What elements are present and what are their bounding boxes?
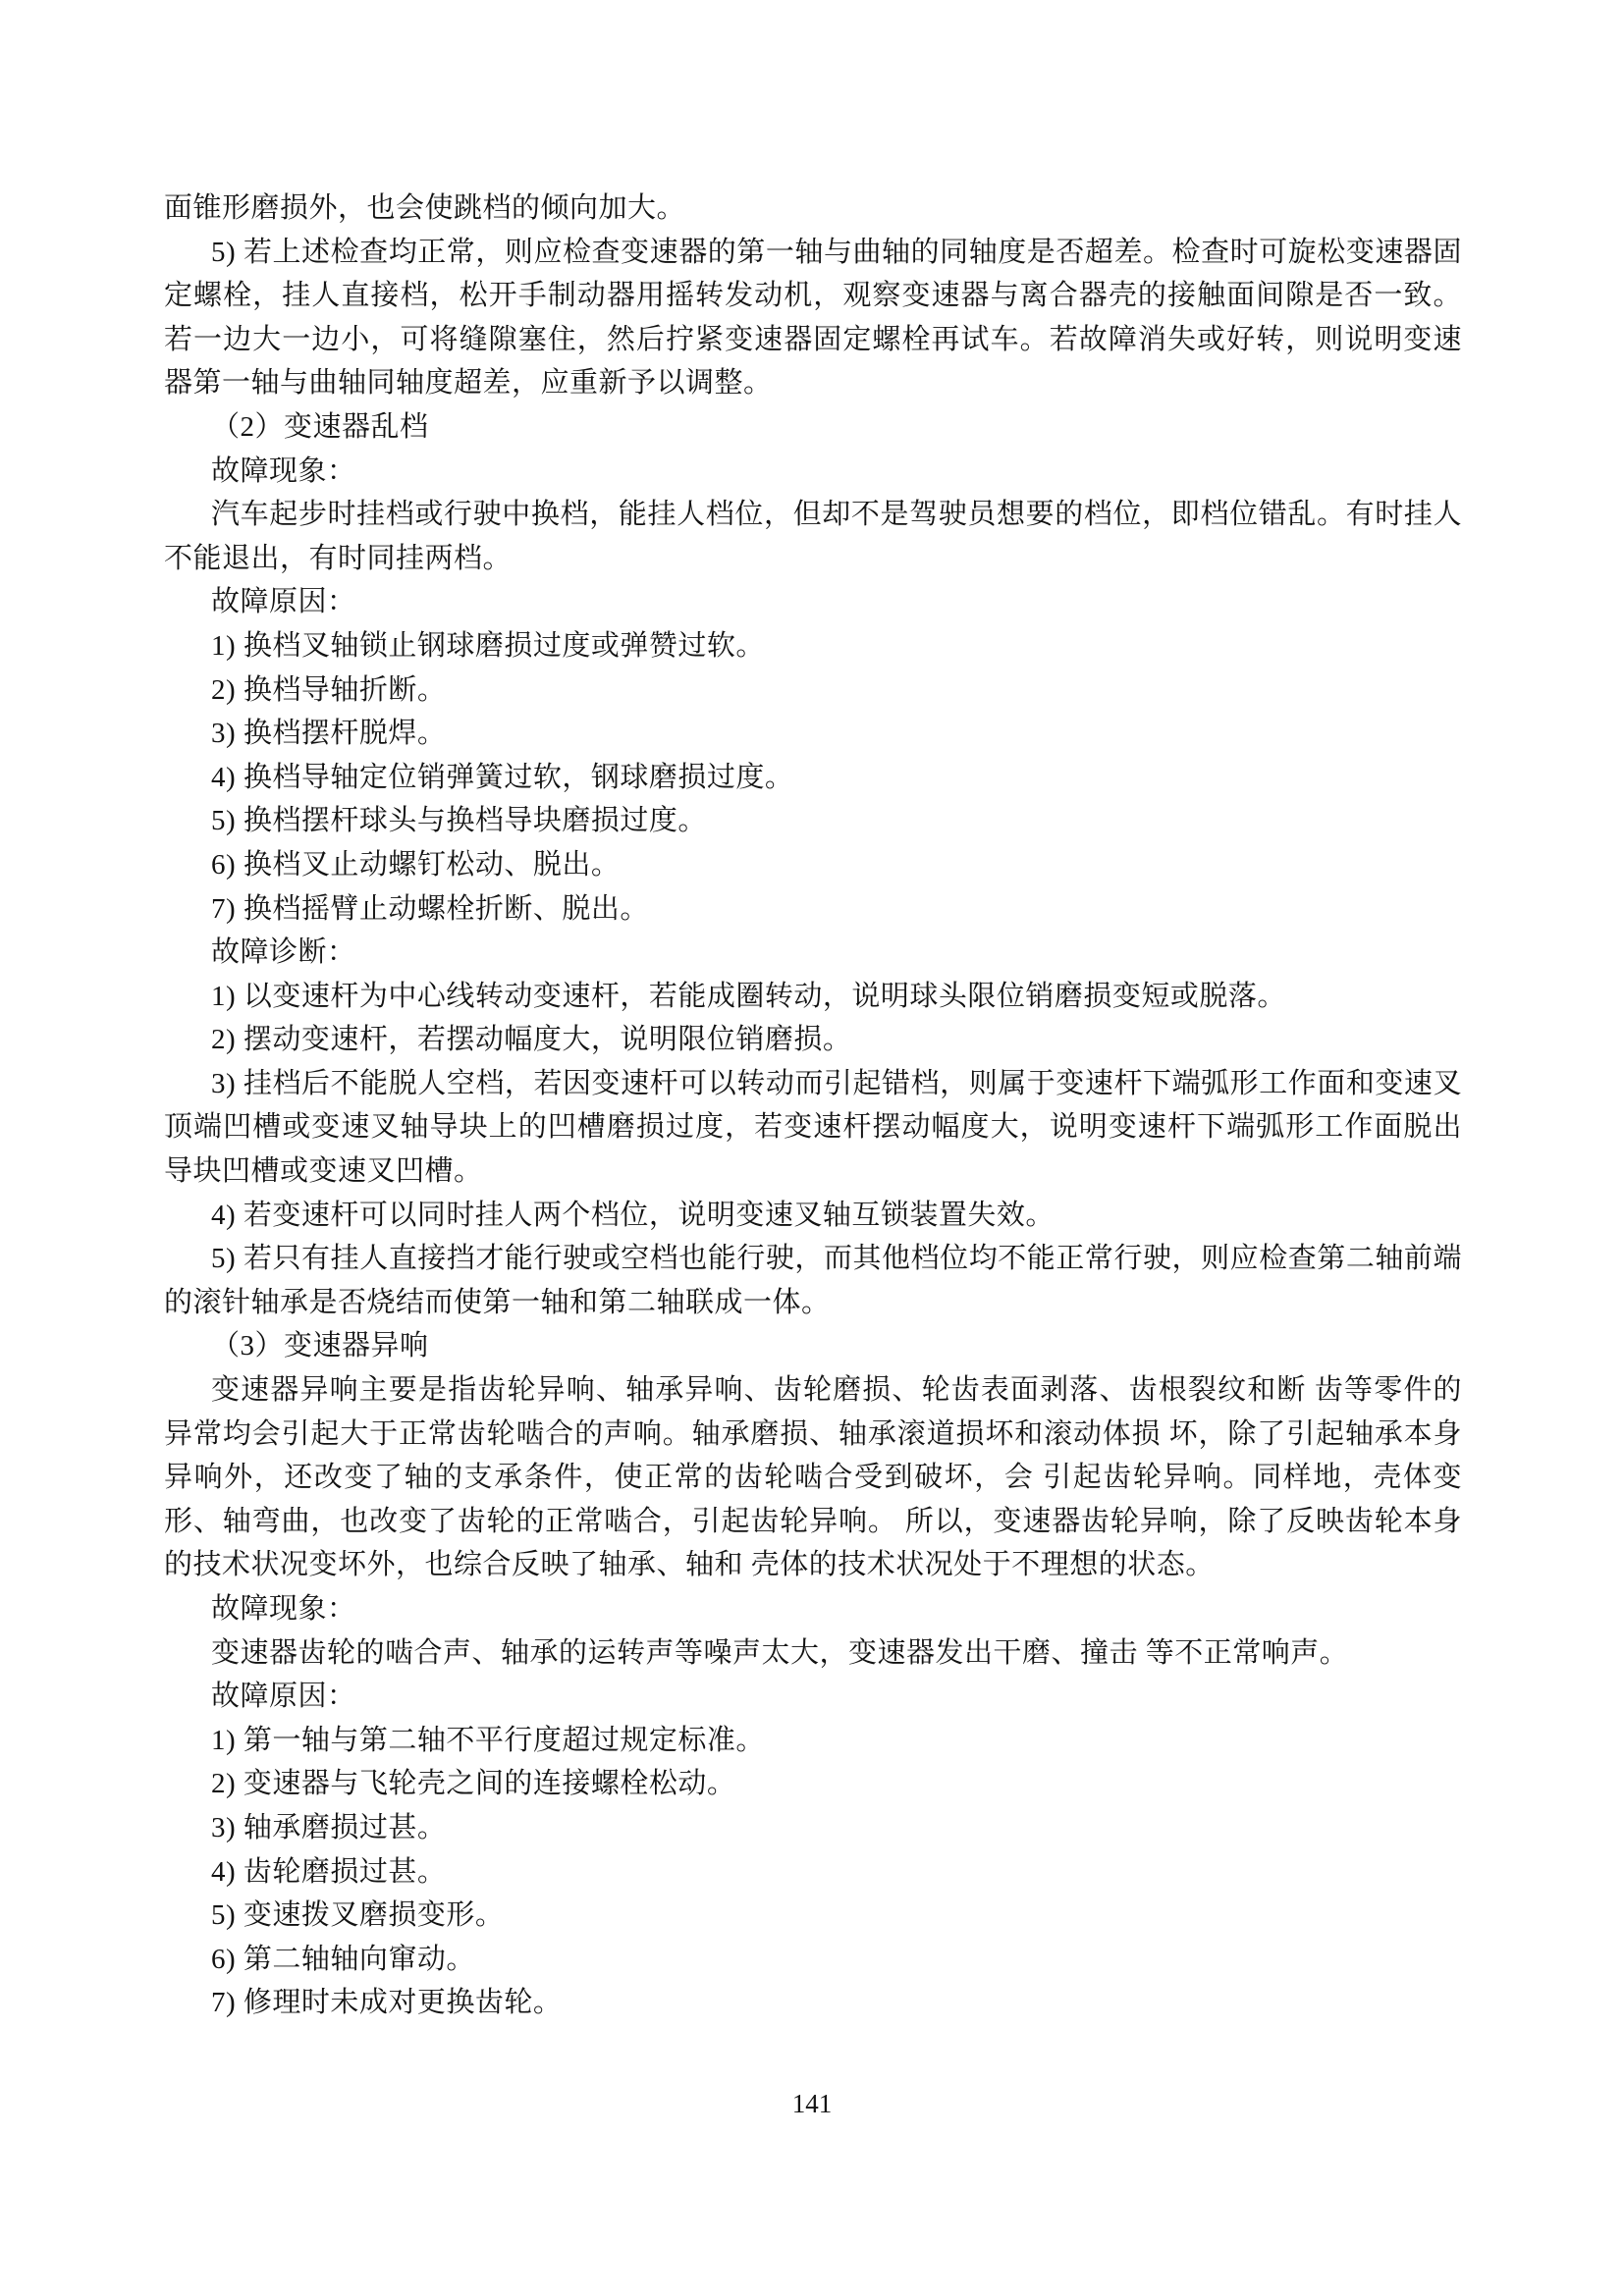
list-item: 2) 摆动变速杆，若摆动幅度大，说明限位销磨损。 [164,1018,1462,1062]
list-item: 4) 齿轮磨损过甚。 [164,1850,1462,1895]
list-item: 1) 以变速杆为中心线转动变速杆，若能成圈转动，说明球头限位销磨损变短或脱落。 [164,975,1462,1019]
list-item: 5) 换档摆杆球头与换档导块磨损过度。 [164,799,1462,843]
list-item: 7) 修理时未成对更换齿轮。 [164,1981,1462,2025]
list-item: 3) 轴承磨损过甚。 [164,1806,1462,1850]
paragraph-continuation: 面锥形磨损外，也会使跳档的倾向加大。 [164,187,1462,231]
document-page: 面锥形磨损外，也会使跳档的倾向加大。 5) 若上述检查均正常，则应检查变速器的第… [0,0,1624,2296]
text-block: 面锥形磨损外，也会使跳档的倾向加大。 5) 若上述检查均正常，则应检查变速器的第… [164,187,1462,2025]
section-heading: （2）变速器乱档 [164,405,1462,450]
list-item: 5) 若只有挂人直接挡才能行驶或空档也能行驶，而其他档位均不能正常行驶，则应检查… [164,1237,1462,1324]
list-item: 6) 第二轴轴向窜动。 [164,1938,1462,1982]
section-heading: （3）变速器异响 [164,1324,1462,1368]
list-item: 3) 换档摆杆脱焊。 [164,712,1462,756]
list-item: 5) 变速拨叉磨损变形。 [164,1894,1462,1938]
list-item: 4) 若变速杆可以同时挂人两个档位，说明变速叉轴互锁装置失效。 [164,1194,1462,1238]
list-item: 7) 换档摇臂止动螺栓折断、脱出。 [164,887,1462,932]
list-item: 6) 换档叉止动螺钉松动、脱出。 [164,843,1462,887]
paragraph: 汽车起步时挂档或行驶中换档，能挂人档位，但却不是驾驶员想要的档位，即档位错乱。有… [164,493,1462,580]
subheading-fault-diagnosis: 故障诊断： [164,931,1462,975]
subheading-fault-phenomenon: 故障现象： [164,450,1462,494]
list-item: 2) 换档导轴折断。 [164,668,1462,713]
list-item: 3) 挂档后不能脱人空档，若因变速杆可以转动而引起错档，则属于变速杆下端弧形工作… [164,1062,1462,1194]
list-item: 4) 换档导轴定位销弹簧过软，钢球磨损过度。 [164,756,1462,800]
paragraph: 变速器齿轮的啮合声、轴承的运转声等噪声太大，变速器发出干磨、撞击 等不正常响声。 [164,1631,1462,1676]
subheading-fault-cause: 故障原因： [164,580,1462,624]
list-item: 2) 变速器与飞轮壳之间的连接螺栓松动。 [164,1762,1462,1806]
numbered-paragraph: 5) 若上述检查均正常，则应检查变速器的第一轴与曲轴的同轴度是否超差。检查时可旋… [164,231,1462,405]
list-item: 1) 换档叉轴锁止钢球磨损过度或弹赞过软。 [164,624,1462,668]
page-number: 141 [0,2089,1624,2119]
paragraph: 变速器异响主要是指齿轮异响、轴承异响、齿轮磨损、轮齿表面剥落、齿根裂纹和断 齿等… [164,1368,1462,1587]
list-item: 1) 第一轴与第二轴不平行度超过规定标准。 [164,1719,1462,1763]
subheading-fault-cause: 故障原因： [164,1675,1462,1719]
subheading-fault-phenomenon: 故障现象： [164,1587,1462,1631]
